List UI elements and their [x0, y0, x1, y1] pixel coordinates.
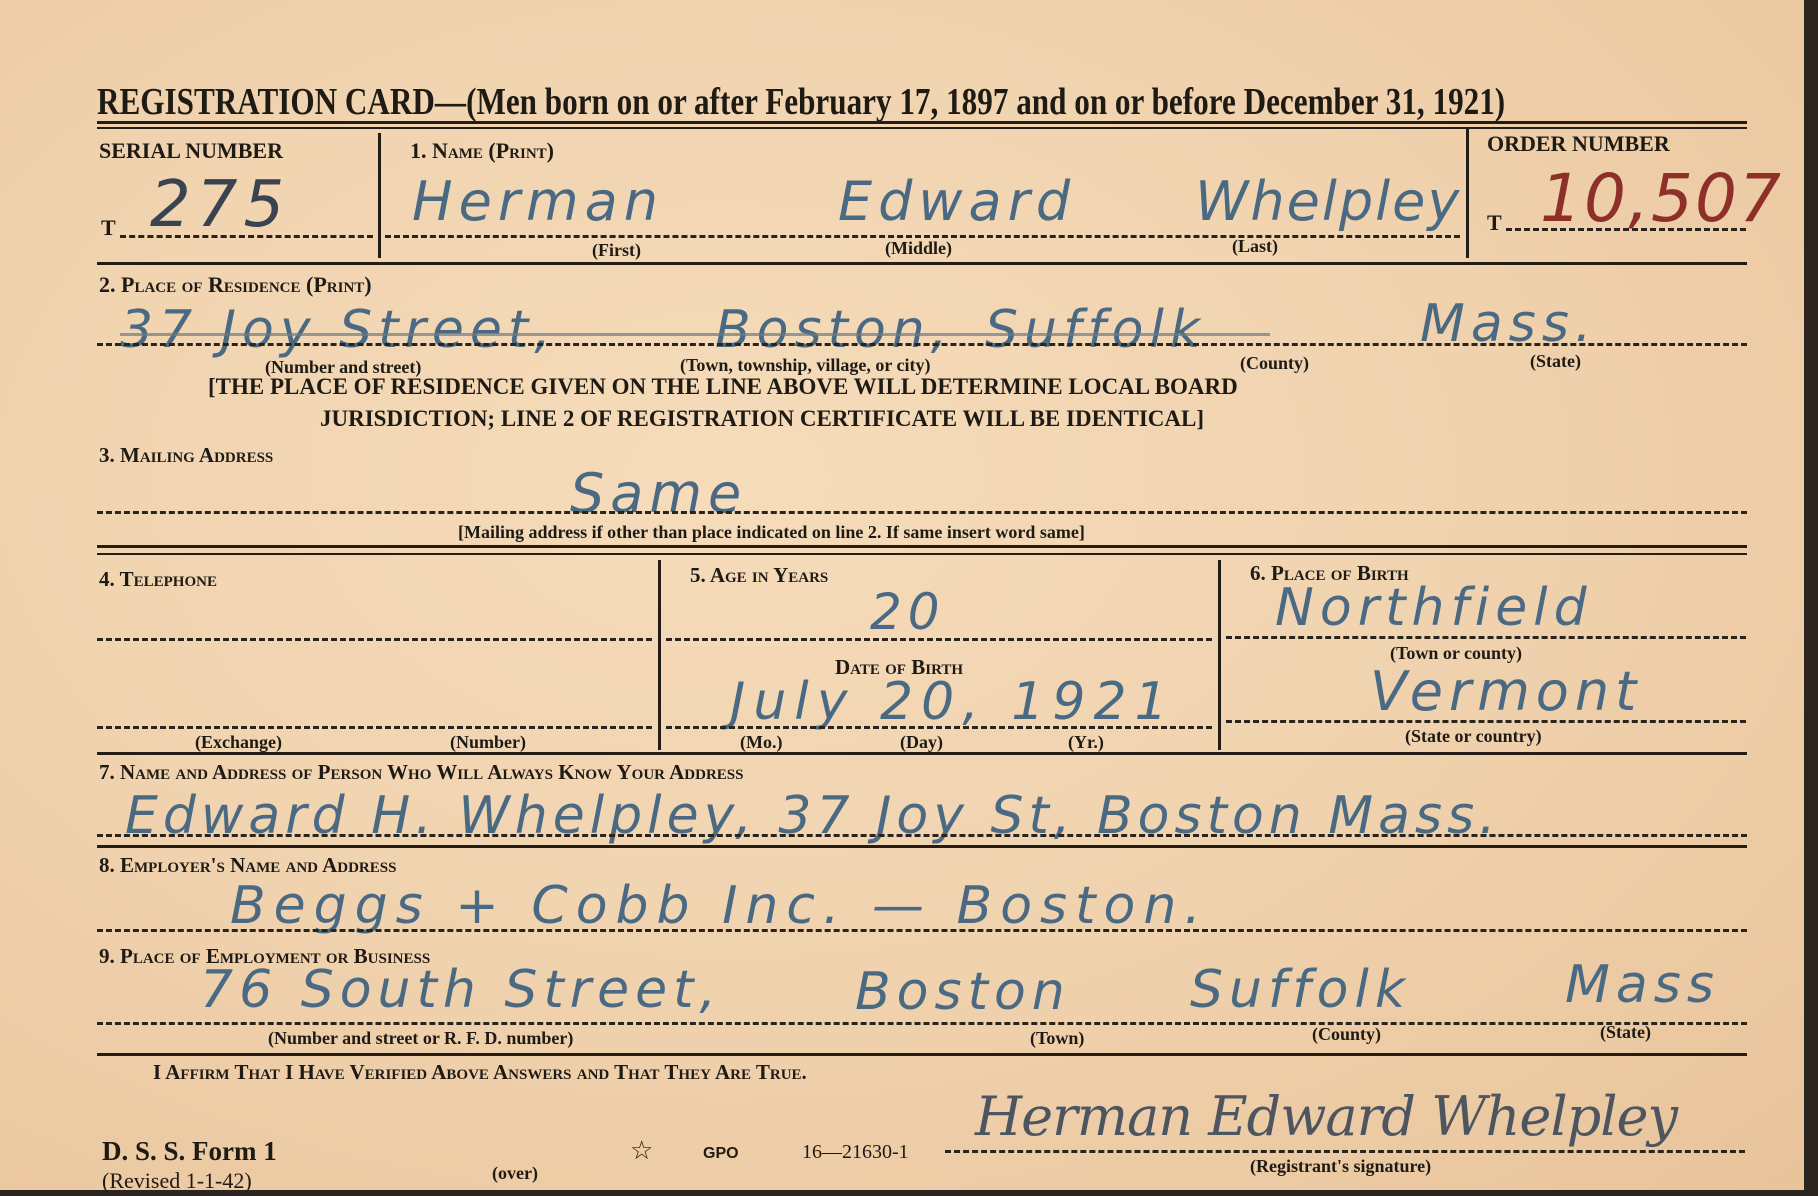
residence-town-value[interactable]: Boston,: [715, 300, 953, 360]
employment-street-caption: (Number and street or R. F. D. number): [268, 1028, 573, 1049]
scan-edge: [1804, 0, 1818, 1196]
employment-county-caption: (County): [1312, 1024, 1381, 1045]
month-caption: (Mo.): [740, 732, 782, 753]
divider: [97, 121, 1747, 124]
age-value[interactable]: 20: [870, 583, 946, 641]
birthplace-town-line: [1226, 636, 1746, 639]
contact-label: 7. Name and Address of Person Who Will A…: [99, 760, 743, 785]
name-label: 1. Name (Print): [410, 138, 554, 164]
birthplace-state-line: [1226, 720, 1746, 723]
employment-street-value[interactable]: 76 South Street,: [200, 960, 722, 1020]
age-line: [666, 638, 1212, 641]
employment-state-value[interactable]: Mass: [1565, 955, 1720, 1015]
divider: [378, 133, 381, 258]
divider: [97, 752, 1747, 755]
employment-county-value[interactable]: Suffolk: [1190, 960, 1411, 1020]
registration-card: REGISTRATION CARD—(Men born on or after …: [0, 0, 1818, 1196]
employment-state-caption: (State): [1600, 1022, 1651, 1043]
first-name-value[interactable]: Herman: [412, 170, 664, 233]
last-caption: (Last): [1232, 236, 1278, 257]
signature-caption: (Registrant's signature): [1250, 1156, 1431, 1177]
card-title: REGISTRATION CARD—(Men born on or after …: [97, 80, 1505, 124]
gpo-code: 16—21630-1: [802, 1141, 909, 1164]
county-caption: (County): [1240, 353, 1309, 374]
birthplace-town-value[interactable]: Northfield: [1275, 578, 1593, 638]
first-caption: (First): [592, 240, 641, 261]
employment-town-caption: (Town): [1030, 1028, 1084, 1049]
form-revised: (Revised 1-1-42): [102, 1168, 252, 1194]
middle-caption: (Middle): [885, 238, 952, 259]
serial-prefix: T: [101, 215, 116, 241]
star-icon: ☆: [630, 1136, 653, 1166]
serial-number-label: SERIAL NUMBER: [99, 138, 283, 164]
number-caption: (Number): [450, 732, 526, 753]
year-caption: (Yr.): [1068, 732, 1104, 753]
divider: [658, 560, 661, 750]
divider: [97, 127, 1747, 129]
contact-value[interactable]: Edward H. Whelpley, 37 Joy St, Boston Ma…: [125, 786, 1501, 846]
mailing-caption: [Mailing address if other than place ind…: [458, 522, 1085, 543]
contact-line: [97, 834, 1747, 837]
divider: [97, 262, 1747, 265]
mailing-address-label: 3. Mailing Address: [99, 443, 273, 468]
form-number: D. S. S. Form 1: [102, 1136, 277, 1167]
state-country-caption: (State or country): [1405, 726, 1542, 747]
divider: [97, 845, 1747, 848]
birthplace-state-value[interactable]: Vermont: [1370, 660, 1642, 723]
telephone-label: 4. Telephone: [99, 567, 217, 592]
strikethrough-mark: [120, 333, 1270, 336]
dob-line: [666, 726, 1212, 729]
divider: [97, 1053, 1747, 1056]
residence-line: [97, 343, 1747, 346]
order-number-value[interactable]: 10,507: [1540, 160, 1783, 237]
order-prefix: T: [1487, 210, 1502, 236]
state-caption: (State): [1530, 351, 1581, 372]
exchange-caption: (Exchange): [195, 732, 282, 753]
dob-value[interactable]: July 20, 1921: [730, 672, 1176, 732]
signature-line: [945, 1150, 1745, 1153]
registrant-signature[interactable]: Herman Edward Whelpley: [975, 1085, 1677, 1148]
divider: [1218, 560, 1221, 750]
divider: [97, 545, 1747, 548]
day-caption: (Day): [900, 732, 943, 753]
affirmation-text: I Affirm That I Have Verified Above Answ…: [153, 1060, 807, 1085]
employment-line: [97, 1022, 1747, 1025]
residence-street-value[interactable]: 37 Joy Street,: [120, 300, 557, 360]
age-label: 5. Age in Years: [690, 563, 828, 588]
telephone-line: [97, 638, 652, 641]
employer-line: [97, 929, 1747, 932]
employer-label: 8. Employer's Name and Address: [99, 853, 396, 878]
serial-number-value[interactable]: 275: [150, 168, 290, 242]
mailing-line: [97, 511, 1747, 514]
mailing-address-value[interactable]: Same: [570, 462, 747, 525]
employment-town-value[interactable]: Boston: [855, 962, 1071, 1022]
divider: [1466, 128, 1469, 258]
over-note: (over): [492, 1163, 538, 1184]
jurisdiction-notice-line2: JURISDICTION; LINE 2 OF REGISTRATION CER…: [320, 406, 1204, 432]
middle-name-value[interactable]: Edward: [838, 170, 1076, 233]
order-number-label: ORDER NUMBER: [1487, 131, 1670, 157]
residence-label: 2. Place of Residence (Print): [99, 272, 372, 298]
last-name-value[interactable]: Whelpley: [1195, 170, 1461, 233]
telephone-line: [97, 726, 652, 729]
town-caption: (Town, township, village, or city): [680, 355, 931, 376]
scan-edge: [0, 1190, 1818, 1196]
jurisdiction-notice-line1: [THE PLACE OF RESIDENCE GIVEN ON THE LIN…: [208, 374, 1238, 400]
employer-value[interactable]: Beggs + Cobb Inc. — Boston.: [230, 876, 1209, 936]
gpo-mark: GPO: [703, 1145, 739, 1163]
residence-county-value[interactable]: Suffolk: [985, 300, 1206, 360]
divider: [97, 553, 1747, 555]
